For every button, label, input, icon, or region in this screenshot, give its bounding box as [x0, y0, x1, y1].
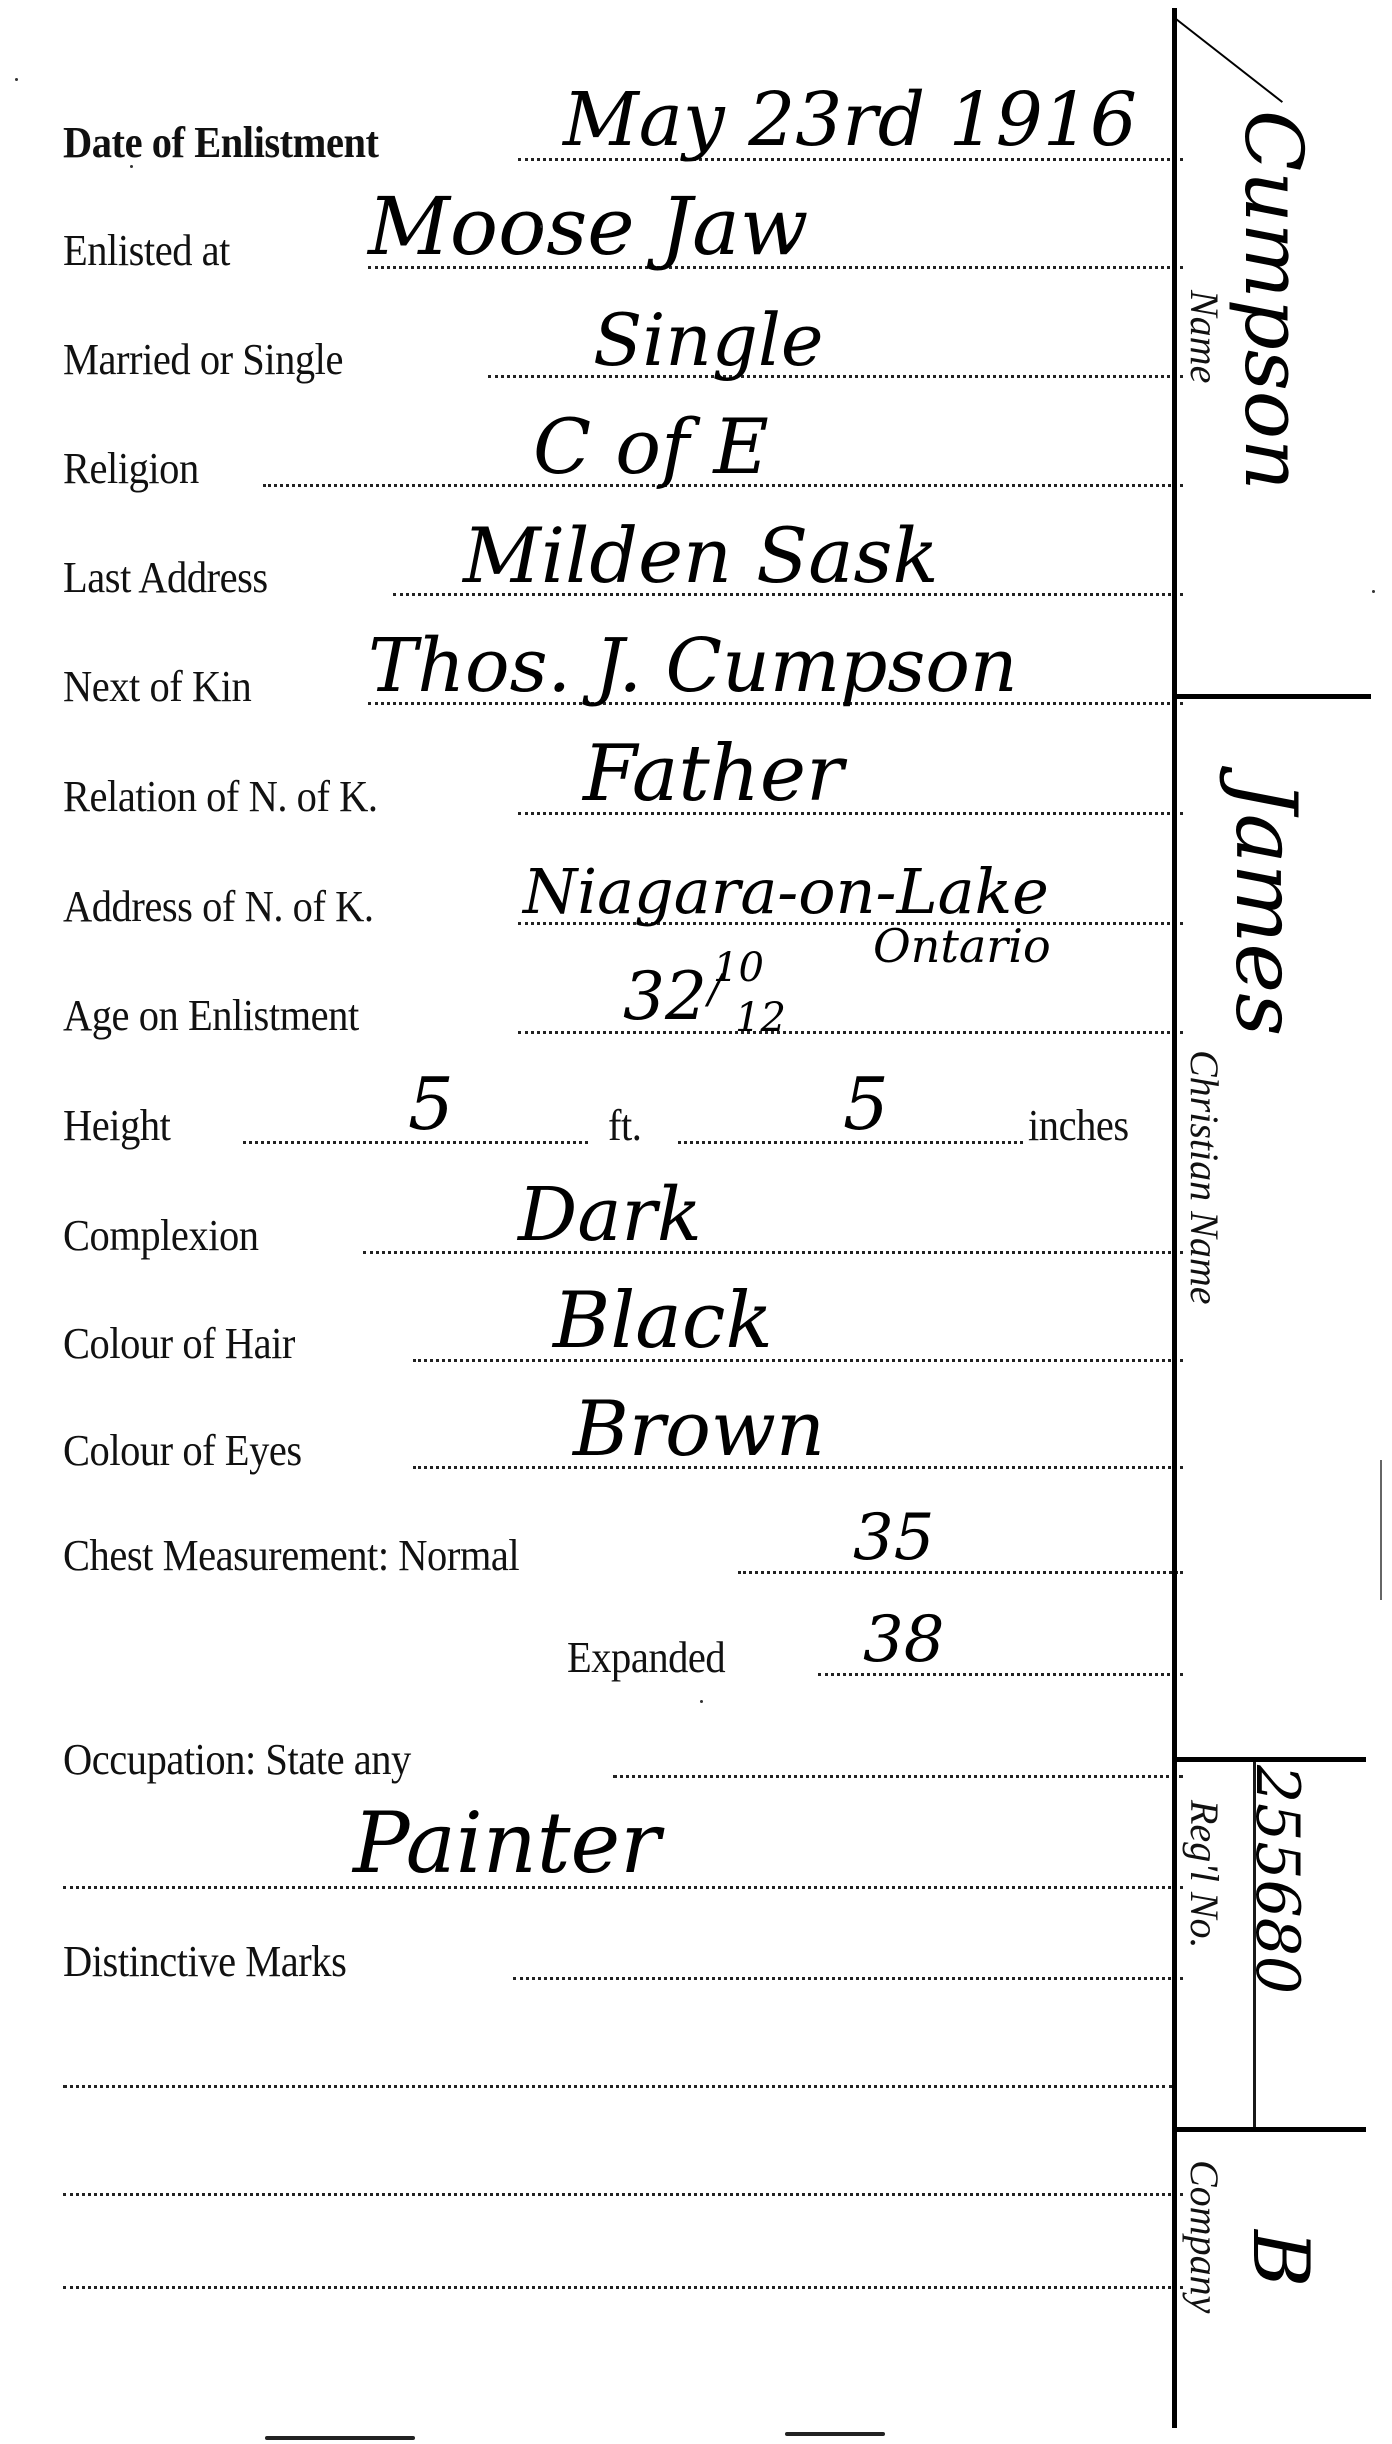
regt-no-value: 255680 — [1242, 1765, 1312, 1994]
field-line — [363, 1251, 1183, 1254]
field-line — [63, 2286, 1183, 2289]
field-value-fraction-bar: / — [708, 970, 721, 1010]
field-value: Single — [593, 304, 823, 376]
field-line — [513, 1977, 1183, 1980]
field-value-inches: 5 — [843, 1068, 889, 1140]
field-label: Colour of Hair — [63, 1322, 295, 1366]
scan-speck — [1372, 590, 1375, 593]
field-colour-of-hair: Colour of Hair Black — [63, 1306, 1163, 1366]
field-line — [738, 1571, 1183, 1574]
field-occupation-line-2: Painter — [63, 1833, 1163, 1893]
field-label: Distinctive Marks — [63, 1940, 346, 1984]
field-value: Father — [583, 735, 843, 813]
field-value: Painter — [353, 1801, 660, 1885]
field-address-of-next-of-kin: Address of N. of K. Niagara-on-Lake Onta… — [63, 869, 1163, 929]
scan-speck — [540, 225, 543, 228]
attestation-card: Date of Enlistment May 23rd 1916 Enliste… — [0, 0, 1392, 2444]
field-label: Height — [63, 1104, 170, 1148]
field-chest-expanded: Expanded 38 — [63, 1620, 1163, 1680]
field-value: 32 — [623, 964, 707, 1030]
field-label: Married or Single — [63, 338, 343, 382]
scan-smudge — [785, 2432, 885, 2436]
field-distinctive-marks: Distinctive Marks — [63, 1924, 1163, 1984]
field-line — [518, 1031, 1183, 1034]
field-value: C of E — [533, 409, 769, 485]
field-label: Occupation: State any — [63, 1738, 411, 1782]
field-age-on-enlistment: Age on Enlistment 32 10 / 12 — [63, 978, 1163, 1038]
field-next-of-kin: Next of Kin Thos. J. Cumpson — [63, 649, 1163, 709]
field-line — [613, 1775, 1183, 1778]
field-line — [413, 1359, 1183, 1362]
sidebar-rule-name — [1176, 694, 1371, 699]
field-complexion: Complexion Dark — [63, 1198, 1163, 1258]
field-value: Thos. J. Cumpson — [368, 629, 1018, 703]
field-label: Relation of N. of K. — [63, 775, 378, 819]
field-label: Complexion — [63, 1214, 259, 1258]
field-value: May 23rd 1916 — [563, 83, 1137, 157]
regt-no-label: Reg'l No. — [1181, 1800, 1228, 1949]
field-occupation: Occupation: State any — [63, 1722, 1163, 1782]
distinctive-marks-line-2 — [63, 2032, 1163, 2092]
field-chest-normal: Chest Measurement: Normal 35 — [63, 1518, 1163, 1578]
field-religion: Religion C of E — [63, 431, 1163, 491]
distinctive-marks-line-3 — [63, 2140, 1163, 2200]
field-value: Brown — [573, 1391, 825, 1467]
field-label: Religion — [63, 447, 199, 491]
scan-speck — [700, 1700, 703, 1703]
field-label: Expanded — [567, 1636, 725, 1680]
name-corner-stroke — [1175, 18, 1283, 103]
field-label: Last Address — [63, 556, 268, 600]
company-value: B — [1235, 2230, 1325, 2287]
field-value-continued: Ontario — [873, 923, 1051, 969]
company-label: Company — [1181, 2160, 1228, 2313]
field-value: Dark — [518, 1178, 702, 1252]
field-line — [63, 2085, 1173, 2088]
field-value: Niagara-on-Lake — [523, 861, 1049, 923]
christian-name-value: James — [1217, 780, 1315, 1036]
field-label: Next of Kin — [63, 665, 251, 709]
feet-unit-label: ft. — [608, 1104, 641, 1148]
scan-speck — [130, 165, 133, 168]
field-value: Black — [553, 1282, 773, 1360]
field-value: Moose Jaw — [368, 187, 808, 267]
scan-speck — [15, 78, 18, 81]
field-value: Milden Sask — [463, 518, 939, 594]
field-label: Colour of Eyes — [63, 1429, 302, 1473]
inches-unit-label: inches — [1028, 1104, 1129, 1148]
field-value: 35 — [853, 1506, 934, 1570]
field-line — [63, 2193, 1183, 2196]
field-relation-of-next-of-kin: Relation of N. of K. Father — [63, 759, 1163, 819]
field-label: Date of Enlistment — [63, 121, 379, 165]
scan-edge-mark — [1380, 1460, 1382, 1600]
field-colour-of-eyes: Colour of Eyes Brown — [63, 1413, 1163, 1473]
sidebar-rule-regt-no — [1176, 2127, 1366, 2132]
field-label: Age on Enlistment — [63, 994, 359, 1038]
sidebar-divider — [1172, 8, 1177, 2428]
field-value-feet: 5 — [408, 1068, 454, 1140]
sidebar-rule-christian-name — [1176, 1757, 1366, 1762]
christian-name-label: Christian Name — [1181, 1050, 1228, 1304]
field-enlisted-at: Enlisted at Moose Jaw — [63, 213, 1163, 273]
field-value: 38 — [863, 1608, 944, 1672]
field-label: Enlisted at — [63, 229, 230, 273]
scan-smudge — [265, 2436, 415, 2440]
name-value: Cumpson — [1227, 110, 1320, 491]
field-married-or-single: Married or Single Single — [63, 322, 1163, 382]
name-label: Name — [1181, 290, 1228, 383]
field-date-of-enlistment: Date of Enlistment May 23rd 1916 — [63, 105, 1163, 165]
field-last-address: Last Address Milden Sask — [63, 540, 1163, 600]
field-value-fraction-denominator: 12 — [735, 998, 786, 1038]
field-label: Address of N. of K. — [63, 885, 374, 929]
field-height: Height 5 ft. 5 inches — [63, 1088, 1163, 1148]
distinctive-marks-line-4 — [63, 2233, 1163, 2293]
field-label: Chest Measurement: Normal — [63, 1534, 519, 1578]
